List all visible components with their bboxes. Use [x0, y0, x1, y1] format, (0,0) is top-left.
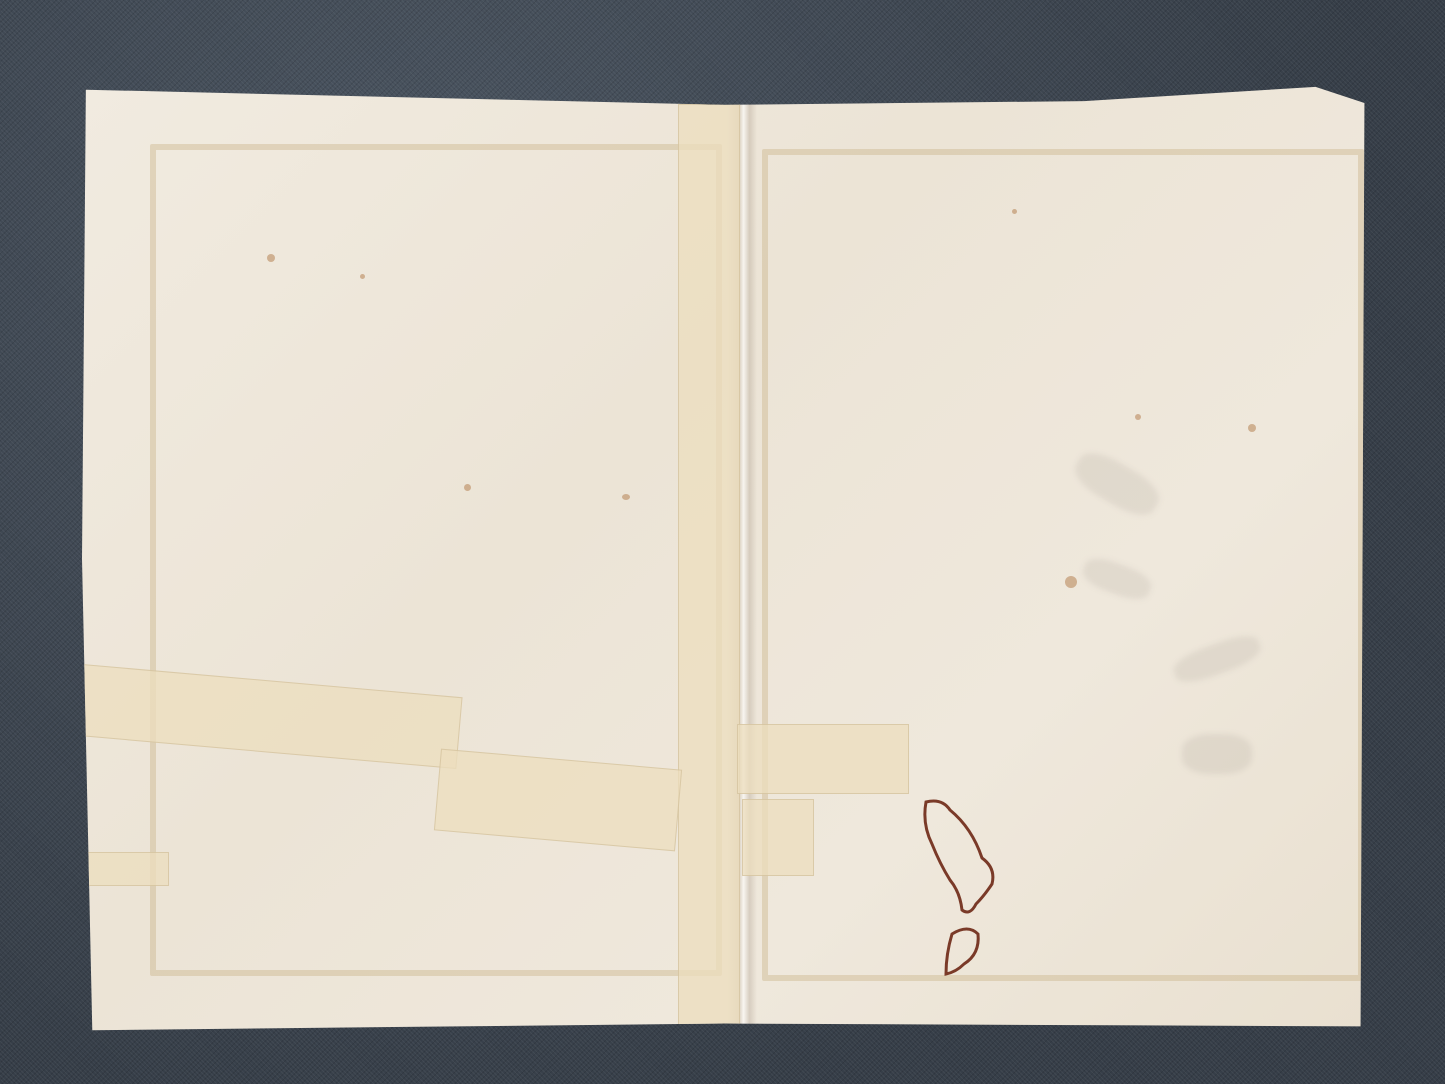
ink-outline-icon	[912, 784, 1012, 984]
left-border-frame	[150, 144, 722, 976]
right-page	[742, 84, 1367, 1034]
smudge	[1182, 734, 1252, 774]
stain	[1065, 576, 1077, 588]
stain	[360, 274, 365, 279]
stain	[1248, 424, 1256, 432]
stain	[1135, 414, 1141, 420]
tape-strip	[77, 852, 169, 886]
tape-strip	[737, 724, 909, 794]
tape-strip	[742, 799, 814, 876]
vertical-tape-strip	[678, 104, 740, 1026]
stain	[464, 484, 471, 491]
paper-sheet	[82, 84, 1367, 1034]
left-page	[82, 84, 737, 1034]
stain	[1012, 209, 1017, 214]
stain	[622, 494, 630, 500]
scene-caption: Aged, stained paper sheet folded down th…	[0, 0, 1, 1]
right-border-frame	[762, 149, 1364, 981]
stain	[267, 254, 275, 262]
